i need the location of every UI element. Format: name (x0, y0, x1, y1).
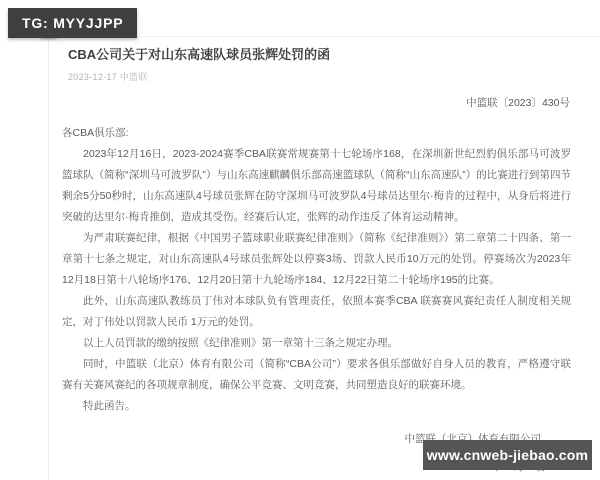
paragraph: 同时，中篮联（北京）体育有限公司（简称“CBA公司”）要求各俱乐部做好自身人员的… (62, 354, 571, 396)
article-title: CBA公司关于对山东高速队球员张辉处罚的函 (68, 46, 570, 63)
article-header: CBA公司关于对山东高速队球员张辉处罚的函 2023-12-17 中篮联 (49, 37, 600, 83)
paragraph: 2023年12月16日，2023-2024赛季CBA联赛常规赛第十七轮场序168… (62, 144, 571, 228)
closing-phrase: 特此函告。 (62, 396, 571, 417)
page: TG: MYYJJPP CBA公司关于对山东高速队球员张辉处罚的函 2023-1… (0, 0, 600, 480)
article-meta: 2023-12-17 中篮联 (68, 70, 570, 83)
paragraph: 此外，山东高速队教练员丁伟对本球队负有管理责任，依照本赛季CBA 联赛赛风赛纪责… (62, 291, 571, 333)
salutation: 各CBA俱乐部: (62, 123, 571, 144)
paragraph: 以上人员罚款的缴纳按照《纪律准则》第一章第十三条之规定办理。 (62, 333, 571, 354)
paragraph: 为严肃联赛纪律，根据《中国男子篮球职业联赛纪律准则》（简称《纪律准则》）第二章第… (62, 228, 571, 291)
website-watermark-badge: www.cnweb-jiebao.com (423, 440, 592, 470)
article-card: CBA公司关于对山东高速队球员张辉处罚的函 2023-12-17 中篮联 中篮联… (48, 36, 600, 480)
telegram-watermark-badge: TG: MYYJJPP (8, 8, 137, 38)
letter-body: 各CBA俱乐部: 2023年12月16日，2023-2024赛季CBA联赛常规赛… (62, 123, 571, 417)
document-number: 中篮联〔2023〕430号 (49, 95, 570, 110)
